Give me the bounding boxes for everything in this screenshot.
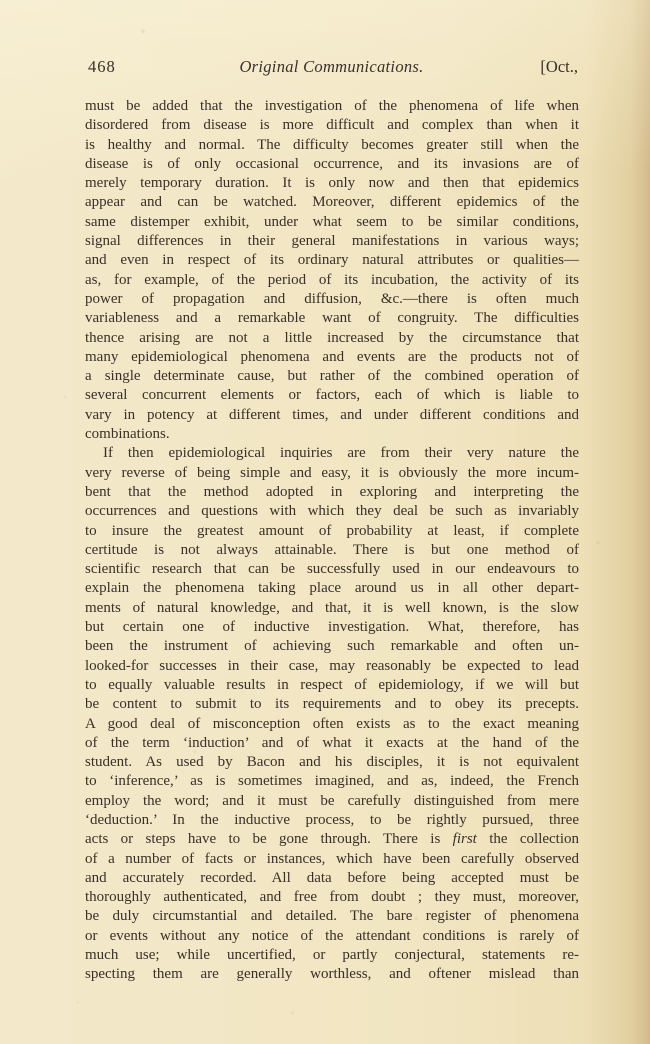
issue-date: [Oct., xyxy=(540,57,578,77)
journal-title: Original Communications. xyxy=(85,57,578,77)
text-line: appear and can be watched. Moreover, dif… xyxy=(85,193,579,212)
paragraph: must be added that the investigation of … xyxy=(85,97,579,444)
text-line: and even in respect of its ordinary natu… xyxy=(85,251,579,270)
text-line: merely temporary duration. It is only no… xyxy=(85,174,579,193)
text-line: power of propagation and diffusion, &c.—… xyxy=(85,290,579,309)
text-line: but certain one of inductive investigati… xyxy=(85,618,579,637)
text-line: must be added that the investigation of … xyxy=(85,97,579,116)
text-line: several concurrent elements or factors, … xyxy=(85,386,579,405)
text-line: explain the phenomena taking place aroun… xyxy=(85,579,579,598)
text-line: is healthy and normal. The difficulty be… xyxy=(85,136,579,155)
text-line: of a number of facts or instances, which… xyxy=(85,850,579,869)
text-line: A good deal of misconception often exist… xyxy=(85,715,579,734)
text-line: and accurately recorded. All data before… xyxy=(85,869,579,888)
text-line: employ the word; and it must be carefull… xyxy=(85,792,579,811)
text-line: to ‘inference,’ as is sometimes imagined… xyxy=(85,772,579,791)
paragraph: If then epidemiological inquiries are fr… xyxy=(85,444,579,984)
text-line: very reverse of being simple and easy, i… xyxy=(85,464,579,483)
page-header: 468 Original Communications. [Oct., xyxy=(85,57,578,79)
text-line: ‘deduction.’ In the inductive process, t… xyxy=(85,811,579,830)
text-line: specting them are generally worthless, a… xyxy=(85,965,579,984)
text-line: thoroughly authenticated, and free from … xyxy=(85,888,579,907)
text-line: or events without any notice of the atte… xyxy=(85,927,579,946)
text-line: certitude is not always attainable. Ther… xyxy=(85,541,579,560)
text-line: acts or steps have to be gone through. T… xyxy=(85,830,579,849)
text-line: be duly circumstantial and detailed. The… xyxy=(85,907,579,926)
text-line: as, for example, of the period of its in… xyxy=(85,271,579,290)
text-line: bent that the method adopted in explorin… xyxy=(85,483,579,502)
text-line: disease is of only occasional occurrence… xyxy=(85,155,579,174)
text-line: If then epidemiological inquiries are fr… xyxy=(85,444,579,463)
text-line: to insure the greatest amount of probabi… xyxy=(85,522,579,541)
text-line: student. As used by Bacon and his discip… xyxy=(85,753,579,772)
text-line: be content to submit to its requirements… xyxy=(85,695,579,714)
text-line: vary in potency at different times, and … xyxy=(85,406,579,425)
text-line: a single determinate cause, but rather o… xyxy=(85,367,579,386)
text-line: combinations. xyxy=(85,425,579,444)
text-line: occurrences and questions with which the… xyxy=(85,502,579,521)
text-line: to equally valuable results in respect o… xyxy=(85,676,579,695)
text-line: signal differences in their general mani… xyxy=(85,232,579,251)
text-line: much use; while uncertified, or partly c… xyxy=(85,946,579,965)
text-line: looked-for successes in their case, may … xyxy=(85,657,579,676)
text-line: been the instrument of achieving such re… xyxy=(85,637,579,656)
scanned-page: 468 Original Communications. [Oct., must… xyxy=(0,0,650,1044)
text-line: same distemper exhibit, under what seem … xyxy=(85,213,579,232)
text-line: of the term ‘induction’ and of what it e… xyxy=(85,734,579,753)
text-line: many epidemiological phenomena and event… xyxy=(85,348,579,367)
text-line: scientific research that can be successf… xyxy=(85,560,579,579)
text-line: thence arising are not a little increase… xyxy=(85,329,579,348)
page-body: must be added that the investigation of … xyxy=(85,97,579,985)
text-line: variableness and a remarkable want of co… xyxy=(85,309,579,328)
text-line: disordered from disease is more difficul… xyxy=(85,116,579,135)
text-line: ments of natural knowledge, and that, it… xyxy=(85,599,579,618)
